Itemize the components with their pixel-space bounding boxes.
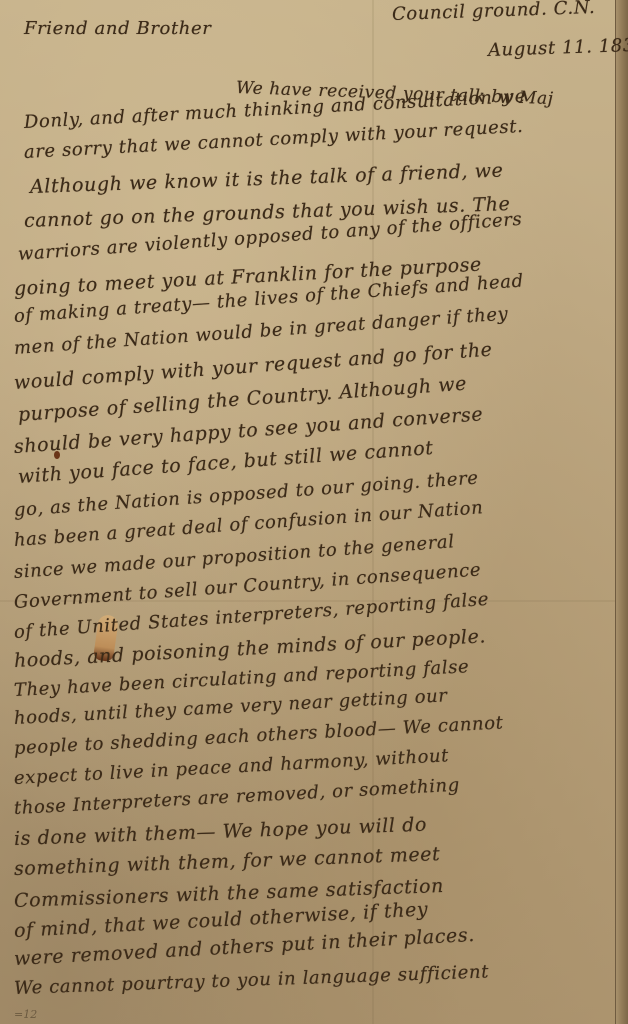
body-line-4: Although we know it is the talk of a fri… (30, 159, 504, 198)
letter-page: Friend and Brother Council ground. C.N. … (0, 0, 628, 1024)
salutation: Friend and Brother (24, 18, 211, 39)
folio-mark: =12 (14, 1008, 37, 1021)
letter-date: August 11. 1830 (488, 34, 628, 61)
letter-place: Council ground. C.N. (392, 0, 596, 25)
body-line-25: is done with them— We hope you will do (14, 814, 428, 850)
body-line-26: something with them, for we cannot meet (14, 843, 441, 880)
page-edge (615, 0, 628, 1024)
body-line-30: We cannot pourtray to you in language su… (14, 961, 490, 999)
